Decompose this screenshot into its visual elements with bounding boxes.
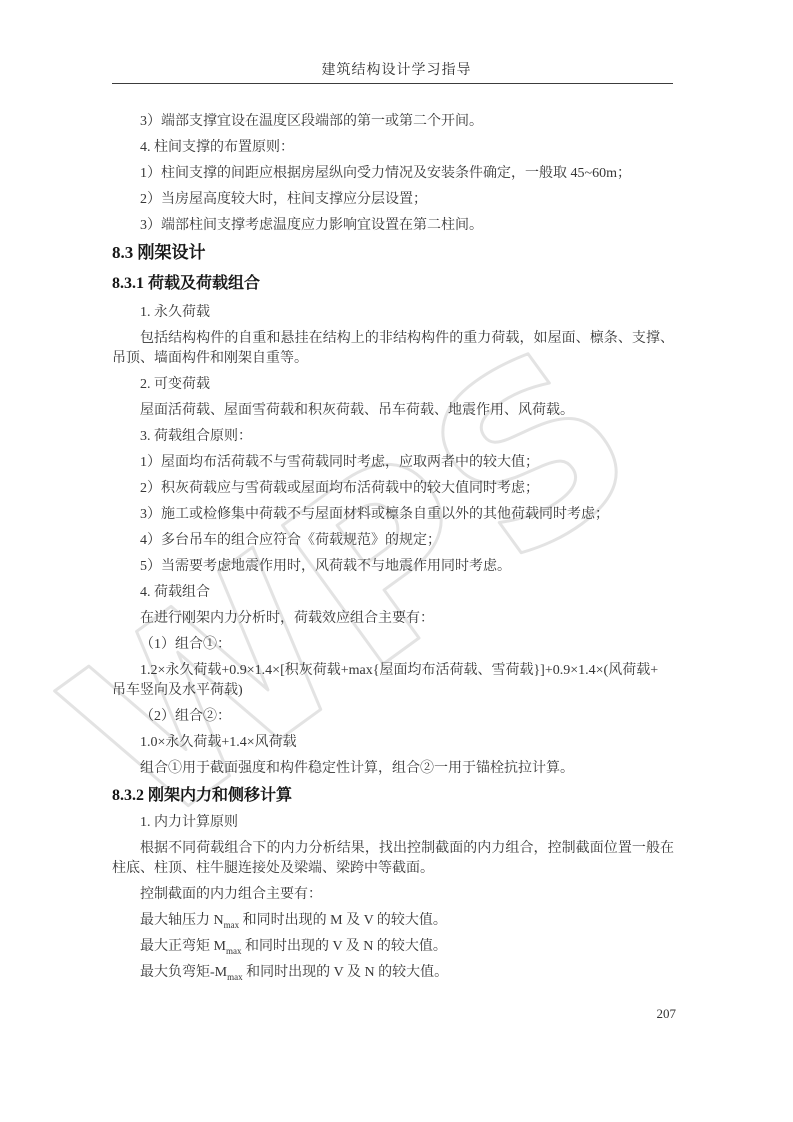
text-run: 和同时出现的 M 及 V 的较大值。 bbox=[239, 913, 447, 928]
paragraph: 3. 荷载组合原则： bbox=[112, 427, 674, 447]
section-heading: 8.3.2 刚架内力和侧移计算 bbox=[112, 785, 674, 807]
text-line: 柱底、柱顶、柱牛腿连接处及梁端、梁跨中等截面。 bbox=[112, 859, 674, 879]
paragraph: 在进行刚架内力分析时，荷载效应组合主要有： bbox=[112, 609, 674, 629]
paragraph: 1）柱间支撑的间距应根据房屋纵向受力情况及安装条件确定，一般取 45~60m； bbox=[112, 164, 674, 184]
text-line: 1.2×永久荷载+0.9×1.4×[积灰荷载+max{屋面均布活荷载、雪荷载}]… bbox=[112, 661, 674, 681]
paragraph: 3）施工或检修集中荷载不与屋面材料或檩条自重以外的其他荷载同时考虑； bbox=[112, 505, 674, 525]
text-run: 最大负弯矩-M bbox=[140, 965, 227, 980]
paragraph: 1.2×永久荷载+0.9×1.4×[积灰荷载+max{屋面均布活荷载、雪荷载}]… bbox=[112, 661, 674, 701]
text-run: 最大正弯矩 M bbox=[140, 939, 226, 954]
paragraph: 1. 内力计算原则 bbox=[112, 813, 674, 833]
paragraph: 4. 荷载组合 bbox=[112, 583, 674, 603]
paragraph: 4）多台吊车的组合应符合《荷载规范》的规定； bbox=[112, 531, 674, 551]
paragraph: 最大轴压力 Nmax 和同时出现的 M 及 V 的较大值。 bbox=[112, 911, 674, 931]
paragraph: 2）积灰荷载应与雪荷载或屋面均布活荷载中的较大值同时考虑； bbox=[112, 479, 674, 499]
paragraph: 组合①用于截面强度和构件稳定性计算，组合②一用于锚栓抗拉计算。 bbox=[112, 759, 674, 779]
paragraph: 1.0×永久荷载+1.4×风荷载 bbox=[112, 733, 674, 753]
paragraph: 包括结构构件的自重和悬挂在结构上的非结构构件的重力荷载，如屋面、檩条、支撑、吊顶… bbox=[112, 329, 674, 369]
text-line: 根据不同荷载组合下的内力分析结果，找出控制截面的内力组合，控制截面位置一般在 bbox=[112, 839, 674, 859]
text-line: 包括结构构件的自重和悬挂在结构上的非结构构件的重力荷载，如屋面、檩条、支撑、 bbox=[112, 329, 674, 349]
paragraph: （2）组合②： bbox=[112, 707, 674, 727]
subscript: max bbox=[226, 946, 242, 956]
document-body: 3）端部支撑宜设在温度区段端部的第一或第二个开间。4. 柱间支撑的布置原则：1）… bbox=[112, 112, 674, 989]
header-rule bbox=[112, 83, 673, 84]
section-heading: 8.3.1 荷载及荷载组合 bbox=[112, 273, 674, 294]
paragraph: 4. 柱间支撑的布置原则： bbox=[112, 138, 674, 158]
text-run: 和同时出现的 V 及 N 的较大值。 bbox=[243, 965, 448, 980]
page-number: 207 bbox=[657, 1006, 677, 1022]
paragraph: 2. 可变荷载 bbox=[112, 375, 674, 395]
subscript: max bbox=[227, 972, 243, 982]
paragraph: 5）当需要考虑地震作用时，风荷载不与地震作用同时考虑。 bbox=[112, 557, 674, 577]
section-heading: 8.3 刚架设计 bbox=[112, 242, 674, 264]
paragraph: 2）当房屋高度较大时，柱间支撑应分层设置； bbox=[112, 190, 674, 210]
text-run: 和同时出现的 V 及 N 的较大值。 bbox=[241, 939, 446, 954]
subscript: max bbox=[224, 920, 240, 930]
text-line: 吊顶、墙面构件和刚架自重等。 bbox=[112, 349, 674, 369]
paragraph: 1）屋面均布活荷载不与雪荷载同时考虑，应取两者中的较大值； bbox=[112, 453, 674, 473]
paragraph: 控制截面的内力组合主要有： bbox=[112, 885, 674, 905]
text-line: 吊车竖向及水平荷载) bbox=[112, 681, 674, 701]
paragraph: 屋面活荷载、屋面雪荷载和积灰荷载、吊车荷载、地震作用、风荷载。 bbox=[112, 401, 674, 421]
page-header-title: 建筑结构设计学习指导 bbox=[0, 59, 793, 79]
paragraph: 根据不同荷载组合下的内力分析结果，找出控制截面的内力组合，控制截面位置一般在柱底… bbox=[112, 839, 674, 879]
paragraph: 1. 永久荷载 bbox=[112, 303, 674, 323]
paragraph: 最大负弯矩-Mmax 和同时出现的 V 及 N 的较大值。 bbox=[112, 963, 674, 983]
paragraph: 最大正弯矩 Mmax 和同时出现的 V 及 N 的较大值。 bbox=[112, 937, 674, 957]
paragraph: 3）端部支撑宜设在温度区段端部的第一或第二个开间。 bbox=[112, 112, 674, 132]
paragraph: （1）组合①： bbox=[112, 635, 674, 655]
text-run: 最大轴压力 N bbox=[140, 913, 224, 928]
paragraph: 3）端部柱间支撑考虑温度应力影响宜设置在第二柱间。 bbox=[112, 216, 674, 236]
